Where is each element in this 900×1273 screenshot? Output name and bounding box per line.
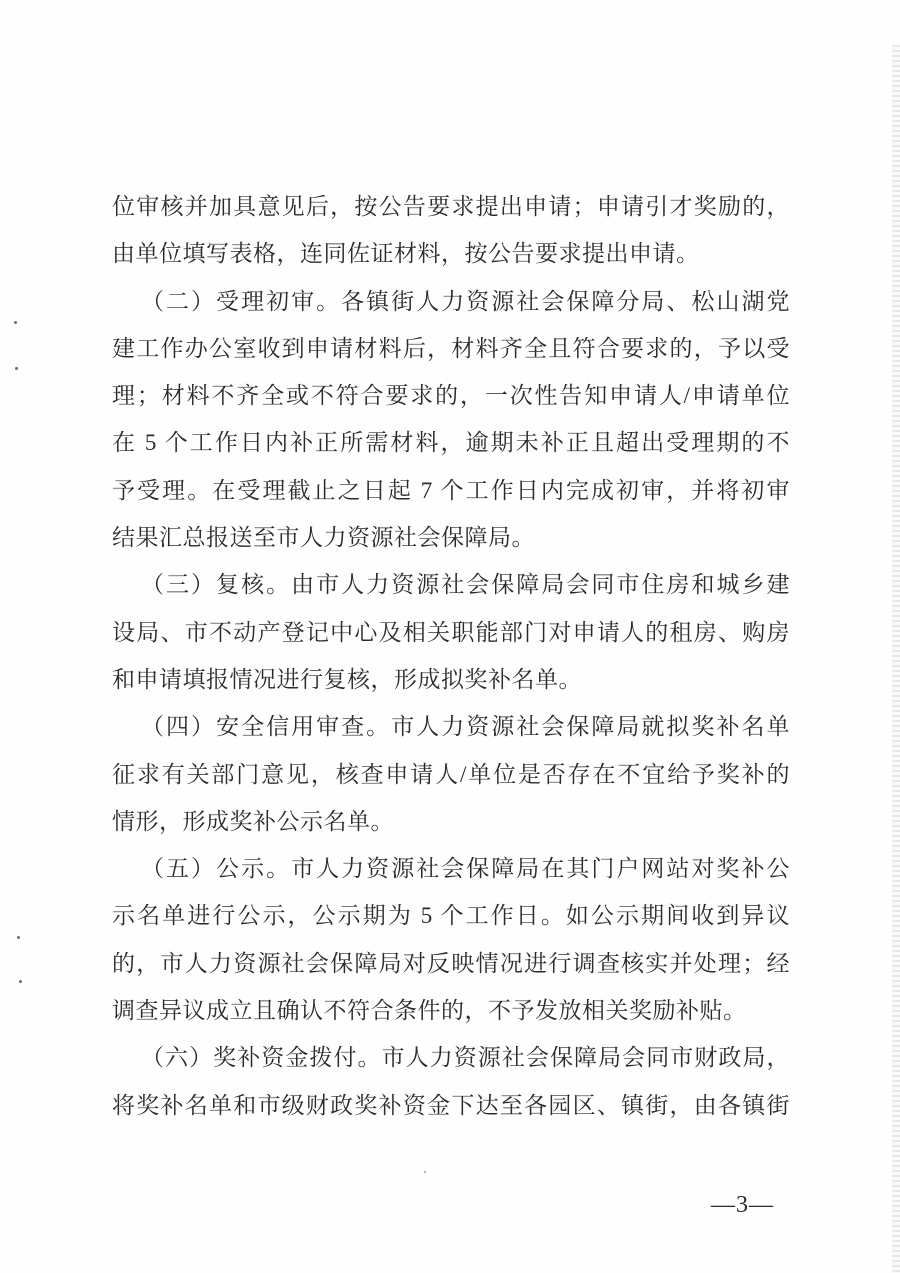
text-line: 在 5 个工作日内补正所需材料，逾期未补正且超出受理期的不 — [112, 419, 790, 466]
text-line: （三）复核。由市人力资源社会保障局会同市住房和城乡建 — [112, 561, 790, 608]
text-line: 示名单进行公示，公示期为 5 个工作日。如公示期间收到异议 — [112, 892, 790, 939]
scan-speck — [19, 980, 22, 983]
scan-speck — [424, 1171, 426, 1173]
scan-speck — [15, 367, 18, 370]
document-body: 位审核并加具意见后，按公告要求提出申请；申请引才奖励的，由单位填写表格，连同佐证… — [112, 183, 790, 1129]
page-number: —3— — [711, 1192, 774, 1219]
text-line: 理；材料不齐全或不符合要求的，一次性告知申请人/申请单位 — [112, 372, 790, 419]
text-line: 调查异议成立且确认不符合条件的，不予发放相关奖励补贴。 — [112, 987, 790, 1034]
text-line: 情形，形成奖补公示名单。 — [112, 798, 790, 845]
text-line: 予受理。在受理截止之日起 7 个工作日内完成初审，并将初审 — [112, 467, 790, 514]
text-line: 建工作办公室收到申请材料后，材料齐全且符合要求的，予以受 — [112, 325, 790, 372]
scan-edge-artifact — [892, 45, 900, 1273]
text-line: （五）公示。市人力资源社会保障局在其门户网站对奖补公 — [112, 845, 790, 892]
text-line: 征求有关部门意见，核查申请人/单位是否存在不宜给予奖补的 — [112, 751, 790, 798]
document-page: 位审核并加具意见后，按公告要求提出申请；申请引才奖励的，由单位填写表格，连同佐证… — [0, 0, 900, 1273]
text-line: （二）受理初审。各镇街人力资源社会保障分局、松山湖党 — [112, 278, 790, 325]
text-line: （六）奖补资金拨付。市人力资源社会保障局会同市财政局， — [112, 1034, 790, 1081]
scan-speck — [17, 936, 20, 939]
text-line: （四）安全信用审查。市人力资源社会保障局就拟奖补名单 — [112, 703, 790, 750]
text-line: 和申请填报情况进行复核，形成拟奖补名单。 — [112, 656, 790, 703]
text-line: 由单位填写表格，连同佐证材料，按公告要求提出申请。 — [112, 230, 790, 277]
text-line: 的，市人力资源社会保障局对反映情况进行调查核实并处理；经 — [112, 940, 790, 987]
scan-speck — [14, 321, 17, 324]
text-line: 设局、市不动产登记中心及相关职能部门对申请人的租房、购房 — [112, 609, 790, 656]
text-line: 结果汇总报送至市人力资源社会保障局。 — [112, 514, 790, 561]
text-line: 位审核并加具意见后，按公告要求提出申请；申请引才奖励的， — [112, 183, 790, 230]
text-line: 将奖补名单和市级财政奖补资金下达至各园区、镇街，由各镇街 — [112, 1082, 790, 1129]
